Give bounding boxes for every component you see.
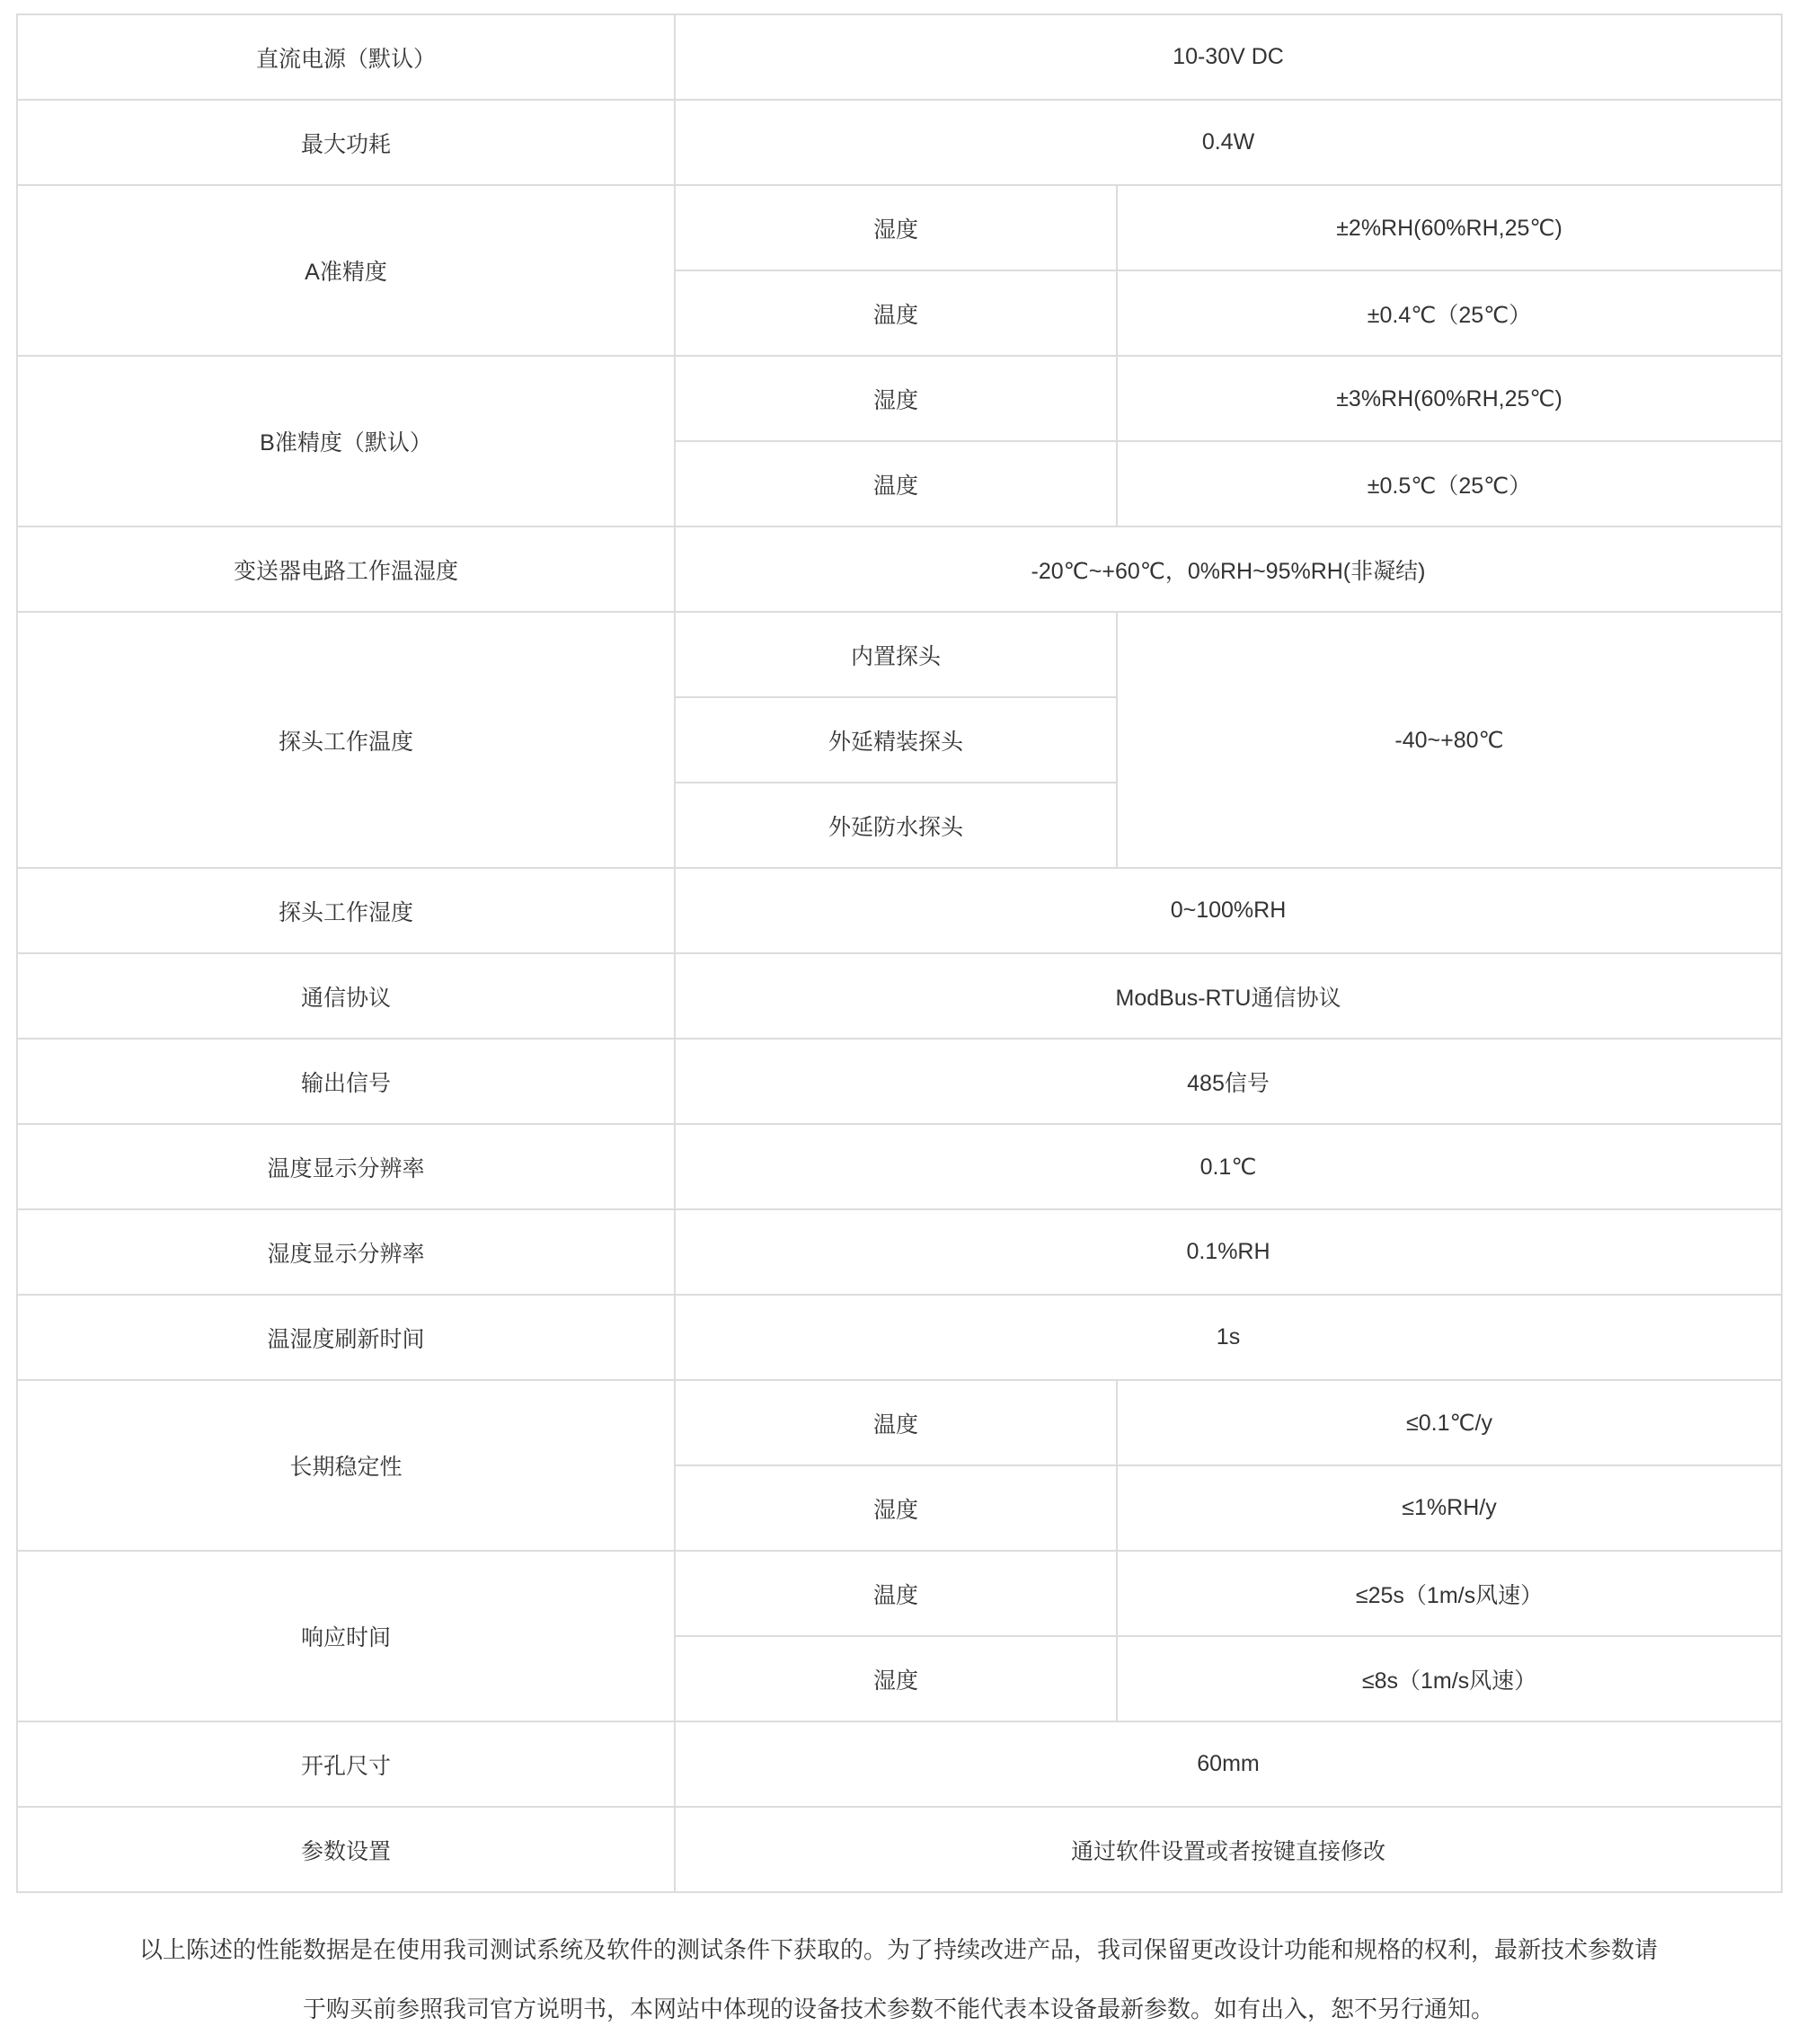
spec-value-accuracy-a-humidity: ±2%RH(60%RH,25℃) (1117, 185, 1782, 270)
spec-param-waterproof-probe: 外延防水探头 (675, 783, 1117, 868)
spec-param-humidity: 湿度 (675, 356, 1117, 441)
spec-value-response-temperature: ≤25s（1m/s风速） (1117, 1551, 1782, 1636)
spec-value-accuracy-b-humidity: ±3%RH(60%RH,25℃) (1117, 356, 1782, 441)
spec-value-circuit-operating-range: -20℃~+60℃，0%RH~95%RH(非凝结) (675, 526, 1782, 612)
table-row: 最大功耗 0.4W (17, 100, 1782, 185)
table-row: 直流电源（默认） 10-30V DC (17, 14, 1782, 100)
table-row: A准精度 湿度 ±2%RH(60%RH,25℃) (17, 185, 1782, 270)
spec-label-circuit-operating-range: 变送器电路工作温湿度 (17, 526, 675, 612)
spec-param-temperature: 温度 (675, 441, 1117, 526)
spec-label-refresh-time: 温湿度刷新时间 (17, 1295, 675, 1380)
spec-sheet: 直流电源（默认） 10-30V DC 最大功耗 0.4W A准精度 湿度 ±2%… (0, 0, 1797, 2039)
spec-value-protocol: ModBus-RTU通信协议 (675, 953, 1782, 1039)
spec-label-protocol: 通信协议 (17, 953, 675, 1039)
spec-param-humidity: 湿度 (675, 1636, 1117, 1721)
table-row: 变送器电路工作温湿度 -20℃~+60℃，0%RH~95%RH(非凝结) (17, 526, 1782, 612)
spec-table: 直流电源（默认） 10-30V DC 最大功耗 0.4W A准精度 湿度 ±2%… (16, 13, 1783, 1893)
spec-value-probe-operating-temp: -40~+80℃ (1117, 612, 1782, 868)
spec-param-extended-probe: 外延精装探头 (675, 697, 1117, 783)
spec-param-temperature: 温度 (675, 1551, 1117, 1636)
spec-value-dc-power: 10-30V DC (675, 14, 1782, 100)
spec-value-stability-humidity: ≤1%RH/y (1117, 1465, 1782, 1551)
spec-value-probe-operating-humidity: 0~100%RH (675, 868, 1782, 953)
spec-label-response-time: 响应时间 (17, 1551, 675, 1721)
table-row: B准精度（默认） 湿度 ±3%RH(60%RH,25℃) (17, 356, 1782, 441)
table-row: 参数设置 通过软件设置或者按键直接修改 (17, 1807, 1782, 1892)
spec-param-temperature: 温度 (675, 1380, 1117, 1465)
table-row: 温度显示分辨率 0.1℃ (17, 1124, 1782, 1209)
spec-label-parameter-setting: 参数设置 (17, 1807, 675, 1892)
spec-value-stability-temperature: ≤0.1℃/y (1117, 1380, 1782, 1465)
disclaimer-line-1: 以上陈述的性能数据是在使用我司测试系统及软件的测试条件下获取的。为了持续改进产品… (16, 1920, 1781, 1979)
table-row: 湿度显示分辨率 0.1%RH (17, 1209, 1782, 1295)
spec-label-accuracy-b: B准精度（默认） (17, 356, 675, 526)
spec-label-humidity-resolution: 湿度显示分辨率 (17, 1209, 675, 1295)
spec-value-response-humidity: ≤8s（1m/s风速） (1117, 1636, 1782, 1721)
table-row: 通信协议 ModBus-RTU通信协议 (17, 953, 1782, 1039)
table-row: 温湿度刷新时间 1s (17, 1295, 1782, 1380)
spec-param-humidity: 湿度 (675, 185, 1117, 270)
table-row: 长期稳定性 温度 ≤0.1℃/y (17, 1380, 1782, 1465)
spec-value-accuracy-b-temperature: ±0.5℃（25℃） (1117, 441, 1782, 526)
spec-label-probe-operating-temp: 探头工作温度 (17, 612, 675, 868)
spec-value-refresh-time: 1s (675, 1295, 1782, 1380)
spec-label-dc-power: 直流电源（默认） (17, 14, 675, 100)
spec-param-builtin-probe: 内置探头 (675, 612, 1117, 697)
spec-value-humidity-resolution: 0.1%RH (675, 1209, 1782, 1295)
spec-param-humidity: 湿度 (675, 1465, 1117, 1551)
spec-label-output-signal: 输出信号 (17, 1039, 675, 1124)
spec-label-long-term-stability: 长期稳定性 (17, 1380, 675, 1551)
table-row: 探头工作温度 内置探头 -40~+80℃ (17, 612, 1782, 697)
spec-label-accuracy-a: A准精度 (17, 185, 675, 356)
spec-value-max-power: 0.4W (675, 100, 1782, 185)
spec-value-temp-resolution: 0.1℃ (675, 1124, 1782, 1209)
disclaimer-note: 以上陈述的性能数据是在使用我司测试系统及软件的测试条件下获取的。为了持续改进产品… (16, 1920, 1781, 2039)
spec-value-output-signal: 485信号 (675, 1039, 1782, 1124)
spec-param-temperature: 温度 (675, 270, 1117, 356)
table-row: 输出信号 485信号 (17, 1039, 1782, 1124)
table-row: 响应时间 温度 ≤25s（1m/s风速） (17, 1551, 1782, 1636)
table-row: 探头工作湿度 0~100%RH (17, 868, 1782, 953)
table-row: 开孔尺寸 60mm (17, 1721, 1782, 1807)
spec-label-max-power: 最大功耗 (17, 100, 675, 185)
spec-value-parameter-setting: 通过软件设置或者按键直接修改 (675, 1807, 1782, 1892)
spec-label-probe-operating-humidity: 探头工作湿度 (17, 868, 675, 953)
spec-value-accuracy-a-temperature: ±0.4℃（25℃） (1117, 270, 1782, 356)
spec-label-hole-size: 开孔尺寸 (17, 1721, 675, 1807)
spec-value-hole-size: 60mm (675, 1721, 1782, 1807)
spec-label-temp-resolution: 温度显示分辨率 (17, 1124, 675, 1209)
disclaimer-line-2: 于购买前参照我司官方说明书，本网站中体现的设备技术参数不能代表本设备最新参数。如… (16, 1979, 1781, 2039)
